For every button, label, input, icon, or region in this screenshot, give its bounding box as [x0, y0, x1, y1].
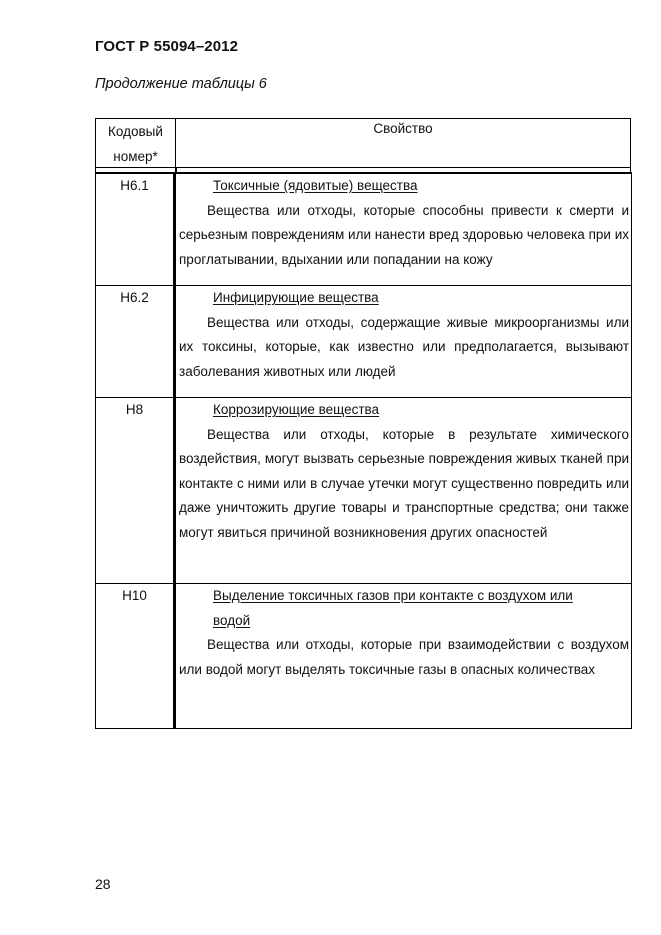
row-code: Н6.1	[96, 174, 176, 285]
row-description: Вещества или отходы, которые способны пр…	[179, 199, 629, 273]
table-caption: Продолжение таблицы 6	[95, 76, 267, 92]
row-title: Токсичные (ядовитые) вещества	[179, 174, 629, 199]
row-description: Вещества или отходы, которые в результат…	[179, 423, 629, 546]
row-property: Токсичные (ядовитые) вещества Вещества и…	[176, 174, 631, 285]
table-header: Кодовый номер* Свойство	[95, 118, 631, 168]
table-row: Н10 Выделение токсичных газов при контак…	[96, 584, 631, 728]
row-title: Выделение токсичных газов при контакте с…	[179, 584, 629, 633]
row-description: Вещества или отходы, содержащие живые ми…	[179, 311, 629, 385]
table-row: Н6.2 Инфицирующие вещества Вещества или …	[96, 286, 631, 398]
row-property: Коррозирующие вещества Вещества или отхо…	[176, 398, 631, 583]
header-property-column: Свойство	[176, 119, 630, 167]
table-row: Н8 Коррозирующие вещества Вещества или о…	[96, 398, 631, 584]
header-code-line2: номер*	[96, 144, 175, 169]
row-property: Выделение токсичных газов при контакте с…	[176, 584, 631, 728]
row-title: Коррозирующие вещества	[179, 398, 629, 423]
table-row: Н6.1 Токсичные (ядовитые) вещества Вещес…	[96, 174, 631, 286]
table-body: Н6.1 Токсичные (ядовитые) вещества Вещес…	[95, 172, 632, 729]
row-code: Н8	[96, 398, 176, 583]
row-code: Н6.2	[96, 286, 176, 397]
row-title: Инфицирующие вещества	[179, 286, 629, 311]
row-description: Вещества или отходы, которые при взаимод…	[179, 633, 629, 682]
document-standard-id: ГОСТ Р 55094–2012	[95, 38, 238, 55]
row-code: Н10	[96, 584, 176, 728]
header-code-column: Кодовый номер*	[96, 119, 176, 167]
header-code-line1: Кодовый	[96, 119, 175, 144]
row-property: Инфицирующие вещества Вещества или отход…	[176, 286, 631, 397]
page-number: 28	[95, 876, 111, 892]
